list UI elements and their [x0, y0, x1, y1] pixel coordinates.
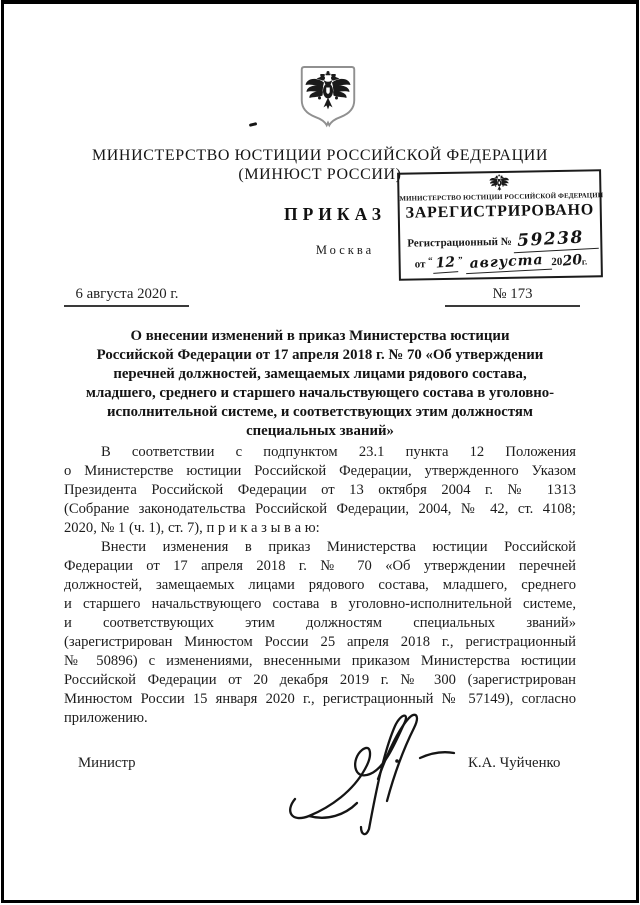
body-line: о Министерстве юстиции Российской Федера…	[64, 462, 576, 481]
title-line: специальных званий»	[76, 422, 564, 441]
minister-signature	[283, 711, 459, 841]
stamp-year-handwritten: 20	[562, 252, 583, 270]
coat-of-arms-icon	[296, 64, 360, 134]
registration-stamp: МИНИСТЕРСТВО ЮСТИЦИИ РОССИЙСКОЙ ФЕДЕРАЦИ…	[397, 169, 603, 281]
document-number: № 173	[445, 286, 580, 303]
stamp-year-printed: 20	[551, 256, 562, 268]
body-line: Внести изменения в приказ Министерства ю…	[64, 538, 576, 557]
body-line: В соответствии с подпунктом 23.1 пункта …	[64, 443, 576, 462]
signer-name: К.А. Чуйченко	[468, 755, 560, 772]
stamp-date-line: от “12” августа2020г.	[415, 252, 595, 273]
stamp-reg-label: Регистрационный №	[407, 236, 512, 250]
body-line: Минюстом России 15 января 2020 г., регис…	[64, 690, 576, 709]
scan-artifact	[249, 122, 257, 126]
number-underline	[445, 305, 580, 307]
body-line: (Собрание законодательства Российской Фе…	[64, 500, 576, 519]
stamp-reg-number-handwritten: 59238	[513, 227, 599, 253]
ministry-name: МИНИСТЕРСТВО ЮСТИЦИИ РОССИЙСКОЙ ФЕДЕРАЦИ…	[0, 147, 640, 165]
order-title: О внесении изменений в приказ Министерст…	[76, 327, 564, 441]
body-line: должностей, замещаемых лицами рядового с…	[64, 576, 576, 595]
body-line: Российской Федерации от 20 декабря 2019 …	[64, 671, 576, 690]
stamp-quote-close: ”	[458, 255, 463, 265]
body-line: (зарегистрирован Минюстом России 25 апре…	[64, 633, 576, 652]
stamp-date-prefix: от	[415, 258, 426, 270]
title-line: исполнительной системе, и соответствующи…	[76, 403, 564, 422]
date-underline	[64, 305, 189, 307]
title-line: Российской Федерации от 17 апреля 2018 г…	[76, 346, 564, 365]
stamp-date-month-handwritten: августа	[465, 252, 552, 274]
order-body: В соответствии с подпунктом 23.1 пункта …	[64, 443, 576, 728]
stamp-eagle-icon	[488, 174, 510, 193]
body-line: и соответствующих этим должностям специа…	[64, 614, 576, 633]
document-page: МИНИСТЕРСТВО ЮСТИЦИИ РОССИЙСКОЙ ФЕДЕРАЦИ…	[0, 0, 640, 905]
stamp-date-day-handwritten: 12	[432, 254, 459, 274]
title-line: перечней должностей, замещаемых лицами р…	[76, 365, 564, 384]
body-line: Президента Российской Федерации от 13 ок…	[64, 481, 576, 500]
title-line: младшего, среднего и старшего начальству…	[76, 384, 564, 403]
body-line: и старшего начальствующего состава в уго…	[64, 595, 576, 614]
document-date: 6 августа 2020 г.	[64, 286, 190, 303]
stamp-registration-line: Регистрационный №59238	[407, 228, 597, 253]
stamp-registered-label: ЗАРЕГИСТРИРОВАНО	[400, 201, 600, 222]
body-line: Федерации от 17 апреля 2018 г. № 70 «Об …	[64, 557, 576, 576]
body-line: 2020, № 1 (ч. 1), ст. 7), п р и к а з ы …	[64, 519, 576, 538]
body-line: № 50896) с изменениями, внесенными прика…	[64, 652, 576, 671]
signer-role: Министр	[78, 755, 136, 772]
title-line: О внесении изменений в приказ Министерст…	[76, 327, 564, 346]
